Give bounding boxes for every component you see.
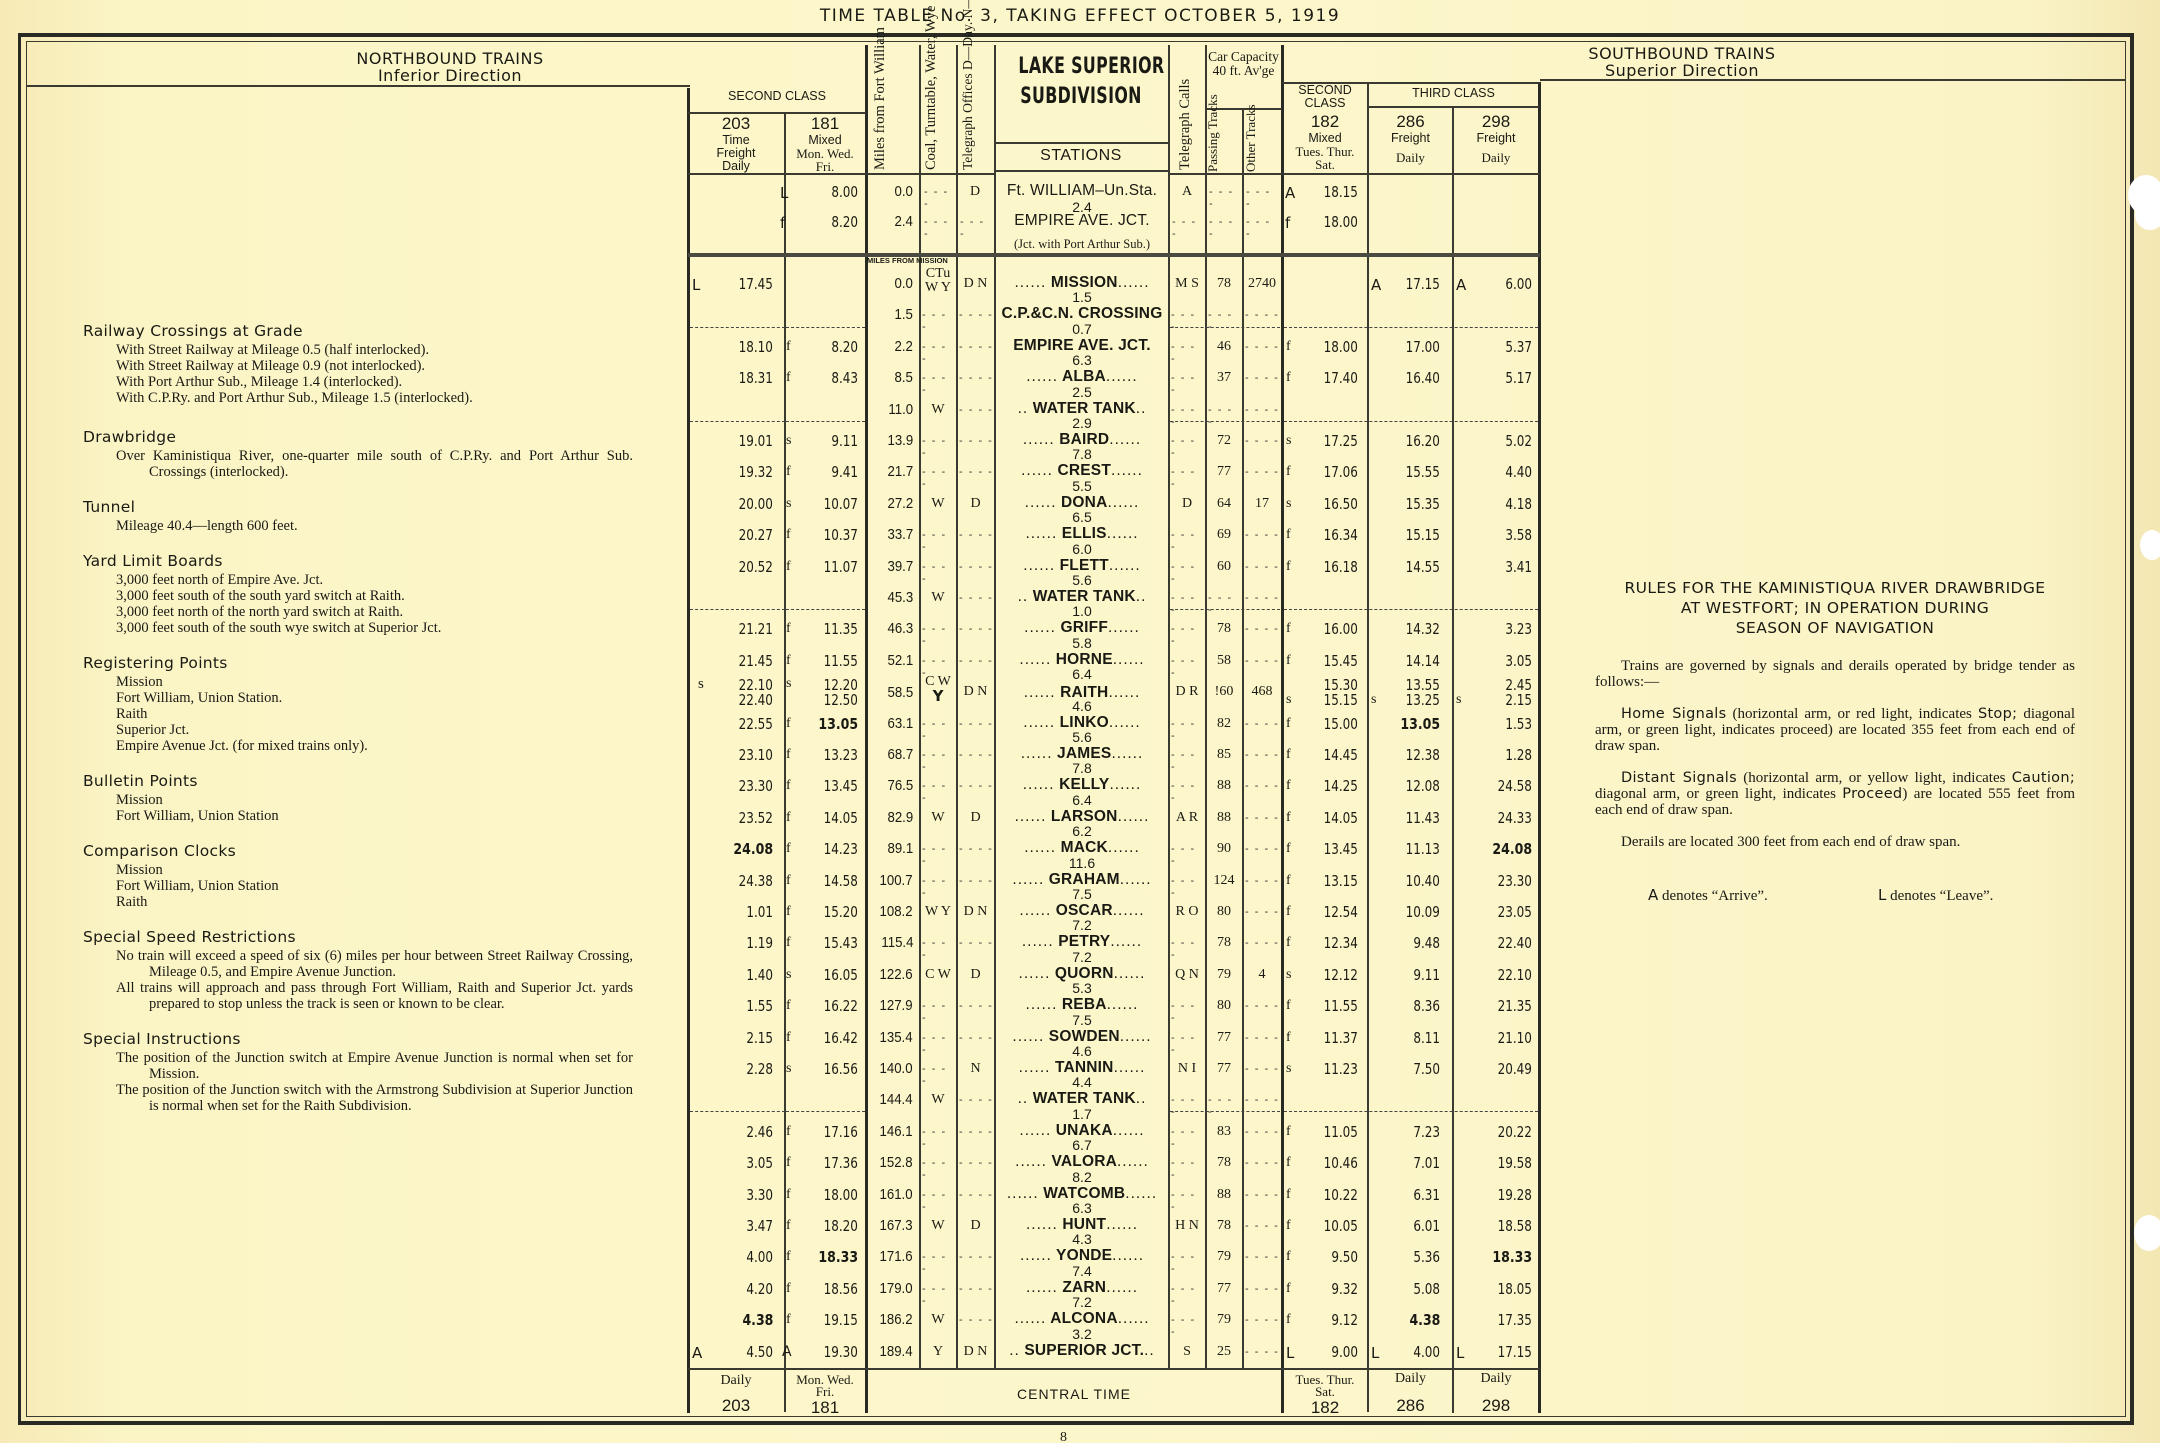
note-line: The position of the Junction switch at E… [83,1050,633,1082]
stop-term: Stop; [1978,706,2017,722]
telegraph-value: N [957,1061,994,1077]
stop-mark: f [1286,527,1291,543]
stop-mark: f [1286,716,1291,732]
note-heading: Registering Points [83,654,633,672]
other-tracks: - - - - [1245,1126,1281,1138]
other-tracks: - - - - [1245,906,1281,918]
distance-between: 4.3 [996,1231,1168,1247]
telegraph-call: - - - - [1171,341,1205,365]
page-number: 8 [1060,1430,1067,1443]
stop-mark: f [786,778,791,794]
southbound-heading: SOUTHBOUND TRAINS Superior Direction [1532,45,1832,79]
time-182: 10.46 [1324,1154,1358,1172]
stop-mark: f [1286,935,1291,951]
other-tracks: - - - - [1245,937,1281,949]
miles-value: 76.5 [887,777,913,794]
coal-value: - - - - [922,466,956,490]
other-tracks: - - - - [1245,623,1281,635]
time-286: 10.09 [1406,903,1440,921]
time-203: 20.52 [739,558,773,576]
passing-tracks: 64 [1206,496,1242,512]
passing-tracks: 83 [1206,1124,1242,1140]
stop-mark: f [1286,370,1291,386]
distance-between: 7.5 [996,886,1168,902]
passing-tracks: - - - - [1209,216,1241,240]
distance-between: 2.5 [996,384,1168,400]
passing-tracks: 77 [1206,464,1242,480]
telegraph-value: - - - - [959,1157,994,1169]
time-203: 2.15 [746,1029,773,1047]
time-182: 13.15 [1324,872,1358,890]
telegraph-value: - - - - [959,623,994,635]
station-name: EMPIRE AVE. JCT. [996,212,1168,230]
telegraph-value: - - - - [959,592,994,604]
home-signals-label: Home Signals [1621,706,1726,722]
time-298: 24.58 [1498,777,1532,795]
other-tracks: - - - - [1245,812,1281,824]
stop-mark: L [1371,1344,1379,1362]
time-203: 18.31 [739,369,773,387]
station-row: A4.50A19.30189.4YD N3.2.. SUPERIOR JCT..… [0,1337,2160,1368]
distance-between: 7.4 [996,1263,1168,1279]
coal-value: W [920,590,956,606]
distance-between: 6.3 [996,352,1168,368]
stop-mark: A [692,1344,702,1362]
time-203: 24.08 [733,840,773,858]
station-label: MACK [1061,839,1108,856]
header-rule [1168,173,1540,175]
time-286: 7.01 [1413,1154,1440,1172]
miles-value: 63.1 [887,715,913,732]
time-298: 5.37 [1505,338,1532,356]
dotted-rule [690,609,785,610]
other-tracks-header: Other Tracks [1244,110,1274,172]
time-182: 9.00 [1331,1343,1358,1361]
note-section: Bulletin PointsMissionFort William, Unio… [83,772,633,824]
telegraph-value: - - - - [959,1283,994,1295]
passing-tracks: 78 [1206,621,1242,637]
stop-mark: f [1286,1124,1291,1140]
stop-mark: A [1371,276,1381,294]
stop-mark: s [1286,967,1291,983]
passing-tracks: 78 [1206,1155,1242,1171]
telegraph-call: - - - - [1171,404,1205,428]
other-tracks: - - - - [1245,843,1281,855]
telegraph-call: - - - - [1171,466,1205,490]
time-182: 16.18 [1324,558,1358,576]
miles-value: 52.1 [887,652,913,669]
other-tracks: - - - - [1245,1346,1281,1358]
distance-between: 4.6 [996,698,1168,714]
coal-value: - - - - [922,341,956,365]
miles-value: 167.3 [880,1217,913,1234]
other-tracks: - - - - [1245,1157,1281,1169]
coal-value: - - - - [922,937,956,961]
note-line: Mission [83,674,633,690]
telegraph-call: D R [1169,684,1205,700]
miles-value: 13.9 [887,432,913,449]
stop-mark: f [786,1030,791,1046]
footer-rule [688,1368,1540,1370]
telegraph-call: - - - - [1171,780,1205,804]
station-label: KELLY [1059,776,1109,793]
time-182: 16.50 [1324,495,1358,513]
header-rule [688,173,866,175]
train-number: 286 [1368,112,1453,132]
miles-value: 189.4 [880,1343,913,1360]
train-number: 298 [1453,112,1539,132]
passing-tracks: - - - - [1208,1094,1242,1118]
time-298: 5.17 [1505,369,1532,387]
legend-text: denotes “Leave”. [1886,888,1993,904]
time-182: 11.37 [1324,1029,1358,1047]
train-number: 182 [1282,112,1368,132]
miles-value: 2.2 [895,338,913,355]
time-182: 16.34 [1324,526,1358,544]
miles-value: 33.7 [887,526,913,543]
time-203: 1.19 [746,934,773,952]
other-tracks: - - - - [1245,466,1281,478]
distance-between: 6.7 [996,1137,1168,1153]
passing-tracks: 88 [1206,810,1242,826]
train-number: 181 [784,114,866,134]
train-desc: Daily [1368,151,1453,164]
distance-between: 7.2 [996,1294,1168,1310]
passing-tracks: 88 [1206,778,1242,794]
distance-between: 0.7 [996,321,1168,337]
telegraph-call: - - - - [1171,749,1205,773]
telegraph-value: - - - - [959,780,994,792]
telegraph-call: Q N [1169,967,1205,983]
stop-mark: f [1286,998,1291,1014]
stop-mark: f [786,464,791,480]
time-203: 3.05 [746,1154,773,1172]
telegraph-call: - - - - [1171,561,1205,585]
coal-value: CTuW Y [920,267,956,295]
coal-value: W [920,1092,956,1108]
rules-heading-line: AT WESTFORT; IN OPERATION DURING [1595,598,2075,618]
telegraph-call: - - - - [1171,1283,1205,1307]
time-203: 23.10 [739,746,773,764]
time-182: 17.25 [1324,432,1358,450]
subdivision-line: SUBDIVISION [1018,82,1143,112]
coal-value: - - - - [922,1251,956,1275]
stop-mark: f [786,716,791,732]
binder-hole [2140,530,2160,560]
telegraph-value: D [957,967,994,983]
stop-mark: f [1286,1155,1291,1171]
operating-notes: Railway Crossings at GradeWith Street Ra… [83,322,633,1132]
stop-mark: f [1286,1281,1291,1297]
time-286: 5.36 [1413,1248,1440,1266]
distance-between: 6.0 [996,541,1168,557]
time-298: 18.33 [1492,1248,1532,1266]
stop-mark: f [786,1312,791,1328]
miles-value: 82.9 [887,809,913,826]
miles-value: 8.5 [895,369,913,386]
time-286: 14.32 [1406,620,1440,638]
other-tracks: - - - - [1245,404,1281,416]
distance-between: 4.6 [996,1043,1168,1059]
stop-mark: L [1456,1344,1464,1362]
other-tracks: - - - - [1245,592,1281,604]
distance-between: 6.2 [996,823,1168,839]
stop-mark: f [1286,873,1291,889]
passing-tracks: - - - - [1208,592,1242,616]
stop-mark: f [1286,810,1291,826]
time-286: 14.55 [1406,558,1440,576]
coal-value: C W [920,967,956,983]
time-286: 15.15 [1406,526,1440,544]
distance-between: 1.0 [996,603,1168,619]
note-section: TunnelMileage 40.4—length 600 feet. [83,498,633,534]
telegraph-value: - - - - [959,937,994,949]
dotted-rule [690,327,785,328]
stop-mark: f [786,904,791,920]
coal-value: W [920,810,956,826]
stop-mark: f [1286,778,1291,794]
station-label: PETRY [1058,933,1110,950]
train-desc: Daily [1453,151,1539,164]
note-line: Mission [83,862,633,878]
passing-tracks-header: Passing Tracks [1206,110,1236,172]
miles-value: 144.4 [880,1091,913,1108]
northbound-subtitle: Inferior Direction [300,67,600,84]
time-181: 10.07 [824,495,858,513]
miles-value: 89.1 [887,840,913,857]
telegraph-offices-header: Telegraph Offices D—Day. N—Night [961,45,975,170]
note-section: Registering PointsMissionFort William, U… [83,654,633,754]
passing-tracks: 58 [1206,653,1242,669]
passing-tracks: 80 [1206,998,1242,1014]
stop-mark: s [1286,496,1291,512]
train-298-header: 298 Freight Daily [1453,112,1539,164]
time-181: 14.23 [824,840,858,858]
note-line: Fort William, Union Station. [83,690,633,706]
time-203: 1.40 [746,966,773,984]
drawbridge-rules: RULES FOR THE KAMINISTIQUA RIVER DRAWBRI… [1595,578,2075,850]
stop-mark: f [786,621,791,637]
time-181: 9.41 [831,463,858,481]
time-286: 11.43 [1406,809,1440,827]
dotted-rule [690,421,785,422]
distance-between: 5.5 [996,478,1168,494]
telegraph-call: - - - - [1171,435,1205,459]
note-line: 3,000 feet north of Empire Ave. Jct. [83,572,633,588]
station-label: REBA [1062,996,1107,1013]
telegraph-call: A R [1169,810,1205,826]
footer-203-days: Daily [688,1374,784,1387]
time-181: 11.07 [824,558,858,576]
header-rule [1367,106,1539,108]
time-298: 20.22 [1498,1123,1532,1141]
miles-value: 100.7 [880,872,913,889]
time-298: 4.40 [1505,463,1532,481]
stop-mark: f [1286,339,1291,355]
miles-value: 108.2 [880,903,913,920]
telegraph-call: - - - - [1171,372,1205,396]
passing-tracks: 90 [1206,841,1242,857]
time-286: 15.35 [1406,495,1440,513]
distance-between: 2.9 [996,415,1168,431]
other-tracks: - - - - [1245,435,1281,447]
miles-header: Miles from Fort William [873,72,887,170]
coal-value: Y [920,1344,956,1360]
telegraph-call: - - - - [1171,529,1205,553]
dotted-rule [1284,421,1538,422]
time-298: 18.05 [1498,1280,1532,1298]
time-181: 16.22 [824,997,858,1015]
distance-between: 6.3 [996,1200,1168,1216]
time-298: 17.15 [1498,1343,1532,1361]
time-181: 10.37 [824,526,858,544]
note-line: All trains will approach and pass throug… [83,980,633,1012]
upper-station-row: f8.202.4- - - -- - - -EMPIRE AVE. JCT.- … [0,207,2160,238]
miles-value: 122.6 [880,966,913,983]
telegraph-value: D [957,496,994,512]
legend-letter: A [1648,886,1658,904]
note-section: Yard Limit Boards3,000 feet north of Emp… [83,552,633,636]
time-298: 18.58 [1498,1217,1532,1235]
dotted-rule [1284,1111,1538,1112]
other-tracks: - - - - [1245,1063,1281,1075]
time-286: 8.11 [1413,1029,1440,1047]
telegraph-call: - - - - [1171,875,1205,899]
coal-value: - - - - [922,309,956,333]
note-line: Fort William, Union Station [83,878,633,894]
coal-value: - - - - [922,561,956,585]
time-182: 12.12 [1324,966,1358,984]
time-298: 19.58 [1498,1154,1532,1172]
footer-181-days: Mon. Wed. Fri. [790,1374,860,1398]
passing-tracks: 46 [1206,339,1242,355]
time-203: 2.28 [746,1060,773,1078]
distance-between: 5.3 [996,980,1168,996]
miles-value: 135.4 [880,1029,913,1046]
time-286: 6.31 [1413,1186,1440,1204]
passing-tracks: 78 [1206,276,1242,292]
time-286: 6.01 [1413,1217,1440,1235]
distance-between: 5.6 [996,572,1168,588]
time-182: 15.00 [1324,715,1358,733]
time-298: 2.15 [1505,691,1532,709]
other-tracks: - - - - [1245,1189,1281,1201]
other-tracks: - - - - [1245,1094,1281,1106]
time-298: 1.28 [1505,746,1532,764]
legend-leave: L denotes “Leave”. [1878,886,1993,905]
note-line: 3,000 feet south of the south yard switc… [83,588,633,604]
time-203: 4.38 [742,1311,773,1329]
coal-value: - - - - [922,875,956,899]
telegraph-value: D N [957,904,994,920]
time-203: 1.55 [746,997,773,1015]
car-capacity-header: Car Capacity 40 ft. Av'ge [1205,50,1282,78]
footer-181-number: 181 [784,1398,866,1418]
station-label: SUPERIOR JCT. [1024,1342,1144,1359]
note-heading: Railway Crossings at Grade [83,322,633,340]
coal-value: W [920,1312,956,1328]
time-181: 11.55 [824,652,858,670]
stop-mark: f [1286,464,1291,480]
time-181: 15.43 [824,934,858,952]
telegraph-value: - - - - [959,843,994,855]
note-line: Raith [83,894,633,910]
coal-value: - - - - [922,1126,956,1150]
miles-value: 140.0 [880,1060,913,1077]
station-name: .. SUPERIOR JCT... [996,1342,1168,1360]
other-tracks: - - - - [1245,1032,1281,1044]
station-label: GRIFF [1061,619,1109,636]
coal-value: - - - - [922,529,956,553]
time-286: 4.00 [1413,1343,1440,1361]
dotted-rule [786,1111,865,1112]
stations-header: STATIONS [994,147,1168,165]
dotted-rule [1284,609,1538,610]
footer-298-days: Daily [1453,1372,1539,1385]
time-182: 11.23 [1324,1060,1358,1078]
note-line: The position of the Junction switch with… [83,1082,633,1114]
miles-value: 0.0 [895,275,913,292]
stop-mark: f [1286,1218,1291,1234]
telegraph-value: - - - - [959,718,994,730]
header-rule [866,173,994,175]
stop-mark: s [786,967,791,983]
time-298: 21.35 [1498,997,1532,1015]
telegraph-value: - - - - [959,1314,994,1326]
stop-mark: f [786,1187,791,1203]
proceed-term: Proceed [1842,786,1902,802]
time-203: 4.50 [746,1343,773,1361]
station-label: ALBA [1062,368,1106,385]
other-tracks: - - - - [1245,561,1281,573]
time-181: 18.56 [824,1280,858,1298]
stop-mark: f [786,1124,791,1140]
time-286: 17.00 [1406,338,1440,356]
other-tracks: - - - - [1245,875,1281,887]
rule-text: (horizontal arm, or red light, indicates [1726,706,1978,722]
time-298: 20.49 [1498,1060,1532,1078]
train-181-header: 181 Mixed Mon. Wed. Fri. [784,114,866,173]
note-section: Railway Crossings at GradeWith Street Ra… [83,322,633,406]
time-286: 7.23 [1413,1123,1440,1141]
stop-mark: f [786,527,791,543]
central-time-label: CENTRAL TIME [866,1386,1282,1402]
stop-mark: f [786,935,791,951]
time-286: 13.25 [1406,691,1440,709]
passing-tracks: 37 [1206,370,1242,386]
note-line: Mission [83,792,633,808]
distance-between: 7.2 [996,917,1168,933]
stop-mark: f [1286,559,1291,575]
other-tracks: 4 [1243,967,1281,983]
station-note: (Jct. with Port Arthur Sub.) [996,237,1168,252]
time-298: 21.10 [1498,1029,1532,1047]
rules-intro: Trains are governed by signals and derai… [1595,658,2075,690]
time-181: 13.45 [824,777,858,795]
telegraph-call: M S [1169,276,1205,292]
footer-286-days: Daily [1368,1372,1453,1385]
telegraph-call: H N [1169,1218,1205,1234]
other-tracks: - - - - [1246,216,1280,240]
miles-value: 11.0 [888,401,913,418]
time-182: 12.54 [1324,903,1358,921]
distance-between: 6.4 [996,666,1168,682]
other-tracks: - - - - [1245,718,1281,730]
train-286-header: 286 Freight Daily [1368,112,1453,164]
stop-mark: f [786,747,791,763]
time-182: 18.15 [1324,183,1358,201]
time-203: 19.01 [739,432,773,450]
